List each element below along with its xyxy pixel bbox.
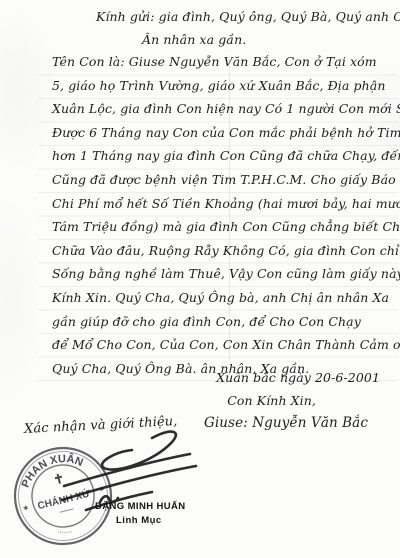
letter-line: Xuân Lộc, gia đình Con hiện nay Có 1 ngư… [52, 101, 398, 125]
letter-line: Sống bằng nghề làm Thuê, Vậy Con cũng là… [52, 266, 398, 290]
svg-text:·······: ······· [55, 526, 74, 540]
letter-line: Chữa Vào đâu, Ruộng Rẫy Không Có, gia đì… [52, 243, 398, 267]
letter-line: để Mổ Cho Con, Của Con, Con Xin Chân Thà… [52, 337, 398, 361]
letter-line: Chi Phí mổ hết Số Tiền Khoảng (hai mươi … [52, 196, 398, 220]
printed-priest-title: Linh Mục [116, 515, 162, 526]
salutation-line-2: Ân nhân xa gần. [142, 32, 246, 47]
letter-line: Tám Triệu đồng) mà gia đình Con Cũng chẳ… [52, 219, 398, 243]
date-line: Xuân bắc ngày 20-6-2001 [216, 370, 380, 385]
closing-line: Con Kính Xin, [227, 393, 316, 408]
letter-page: Kính gửi: gia đình, Quý ông, Quý Bà, Quý… [0, 0, 400, 558]
letter-line: 5, giáo họ Trình Vường, giáo xứ Xuân Bắc… [52, 78, 398, 102]
sender-signature-name: Giuse: Nguyễn Văn Bắc [204, 415, 368, 431]
salutation-line-1: Kính gửi: gia đình, Quý ông, Quý Bà, Quý… [96, 9, 400, 24]
letter-line: Được 6 Tháng nay Con của Con mắc phải bệ… [52, 125, 398, 149]
letter-line: Cũng đã được bệnh viện Tim T.P.H.C.M. Ch… [52, 172, 398, 196]
letter-line: gần giúp đỡ cho gia đình Con, để Cho Con… [52, 314, 398, 338]
printed-priest-name: ĐẶNG MINH HUẤN [95, 501, 186, 512]
letter-line: hơn 1 Tháng nay gia đình Con Cũng đã chữ… [52, 148, 398, 172]
stamp-star-left: ✶ [22, 504, 30, 513]
letter-body: Tên Con là: Giuse Nguyễn Văn Bắc, Con ở … [52, 54, 398, 384]
letter-line: Tên Con là: Giuse Nguyễn Văn Bắc, Con ở … [52, 54, 398, 78]
letter-line: Kính Xin. Quý Cha, Quý Ông bà, anh Chị â… [52, 290, 398, 314]
